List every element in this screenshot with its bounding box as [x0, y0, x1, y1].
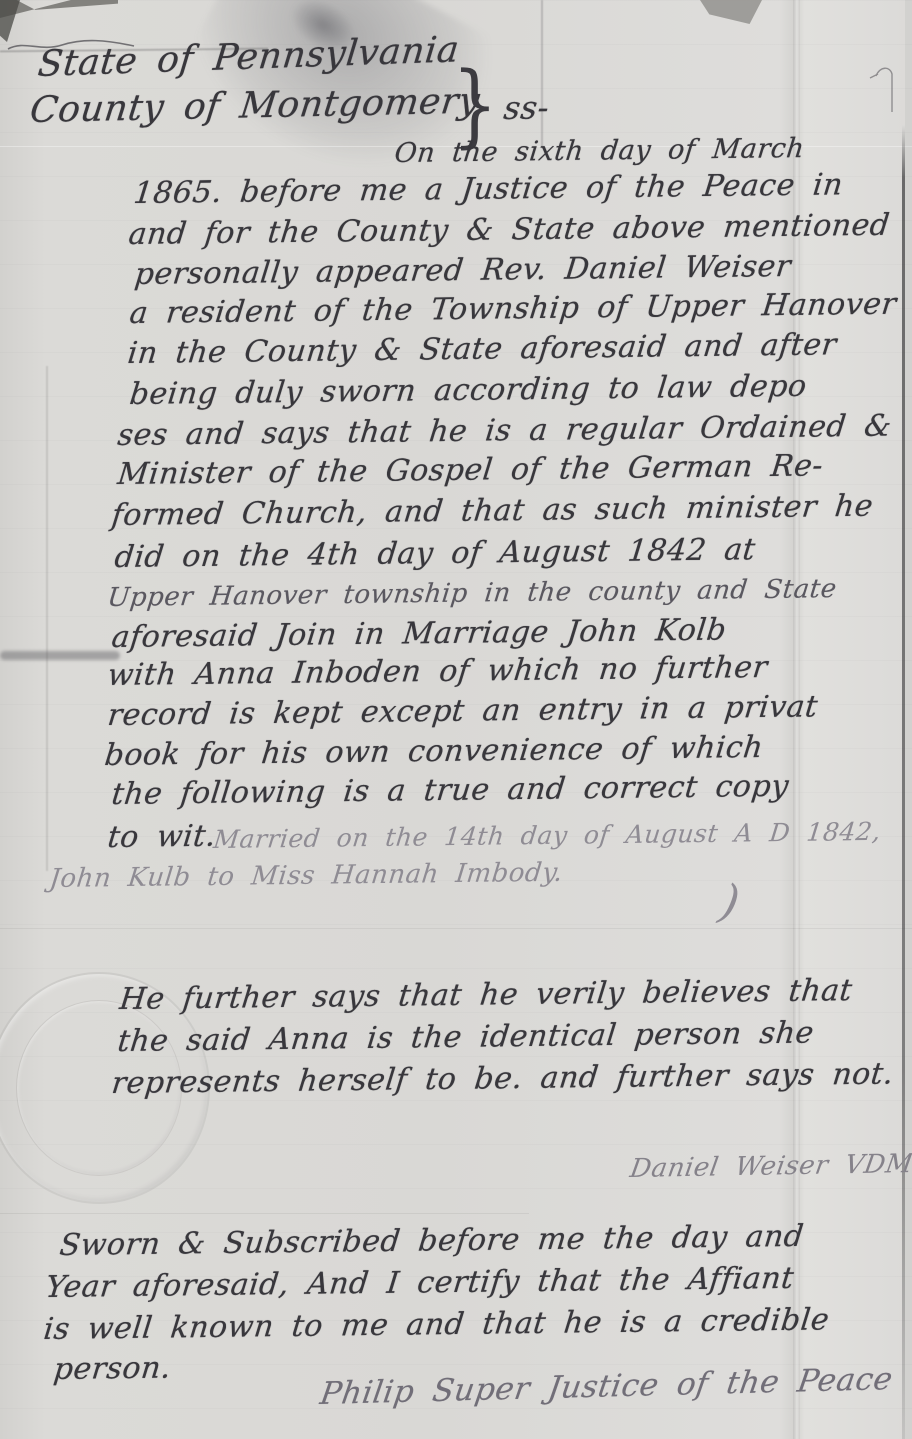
affidavit-line-2: 1865. before me a Justice of the Peace i… — [132, 169, 845, 209]
affidavit-line-14: with Anna Inboden of which no further — [106, 652, 769, 692]
crease-line-horizontal-low — [0, 1213, 529, 1214]
header-county-line: County of Montgomery — [28, 83, 482, 130]
register-copy-line-1: Married on the 14th day of August A D 18… — [212, 819, 882, 853]
affidavit-line-11: did on the 4th day of August 1842 at — [113, 534, 757, 573]
further-statement-line-2: the said Anna is the identical person sh… — [116, 1018, 816, 1058]
scan-margin-right — [905, 0, 912, 1439]
affidavit-line-7: being duly sworn according to law depo — [128, 371, 808, 411]
smudge-left-margin — [0, 651, 120, 660]
scan-edge-right — [902, 125, 905, 1439]
pencil-mark-top-right — [868, 58, 908, 114]
closing-flourish: ) — [716, 876, 744, 926]
affidavit-line-8: ses and says that he is a regular Ordain… — [116, 411, 893, 452]
further-statement-line-3: represents herself to be. and further sa… — [110, 1058, 895, 1099]
affidavit-line-17: the following is a true and correct copy — [110, 771, 790, 811]
affiant-signature: Daniel Weiser VDM — [628, 1151, 912, 1183]
affidavit-line-5: a resident of the Township of Upper Hano… — [128, 289, 898, 330]
affidavit-line-10: formed Church, and that as such minister… — [110, 491, 875, 532]
affidavit-line-13: aforesaid Join in Marriage John Kolb — [110, 615, 728, 654]
affidavit-line-3: and for the County & State above mention… — [127, 210, 891, 251]
torn-edge-top-left — [0, 0, 118, 18]
jurat-line-4: person. — [52, 1353, 173, 1386]
affidavit-line-15: record is kept except an entry in a priv… — [106, 691, 819, 731]
affidavit-line-4: personally appeared Rev. Daniel Weiser — [133, 251, 793, 291]
further-statement-line-1: He further says that he verily believes … — [118, 975, 854, 1015]
register-copy-line-2: John Kulb to Miss Hannah Imbody. — [48, 860, 564, 894]
affidavit-line-18-to-wit: to wit. — [106, 821, 218, 854]
crease-line-horizontal-mid — [0, 928, 912, 929]
header-ss-abbreviation: ss- — [502, 91, 551, 125]
affidavit-line-9: Minister of the Gospel of the German Re- — [116, 450, 825, 490]
affidavit-line-12: Upper Hanover township in the county and… — [106, 576, 838, 612]
affidavit-line-16: book for his own convenience of which — [103, 732, 765, 772]
jurat-line-1: Sworn & Subscribed before me the day and — [58, 1221, 805, 1262]
officer-signature: Philip Super Justice of the Peace — [318, 1363, 895, 1410]
crease-line-vertical-left — [46, 366, 48, 871]
torn-edge-top-center — [700, 0, 762, 24]
affidavit-line-1: On the sixth day of March — [393, 135, 806, 168]
jurat-line-3: is well known to me and that he is a cre… — [42, 1304, 831, 1345]
scanned-affidavit-document: State of Pennsylvania County of Montgome… — [0, 0, 912, 1439]
jurat-line-2: Year aforesaid, And I certify that the A… — [44, 1263, 796, 1304]
affidavit-line-6: in the County & State aforesaid and afte… — [126, 329, 838, 369]
